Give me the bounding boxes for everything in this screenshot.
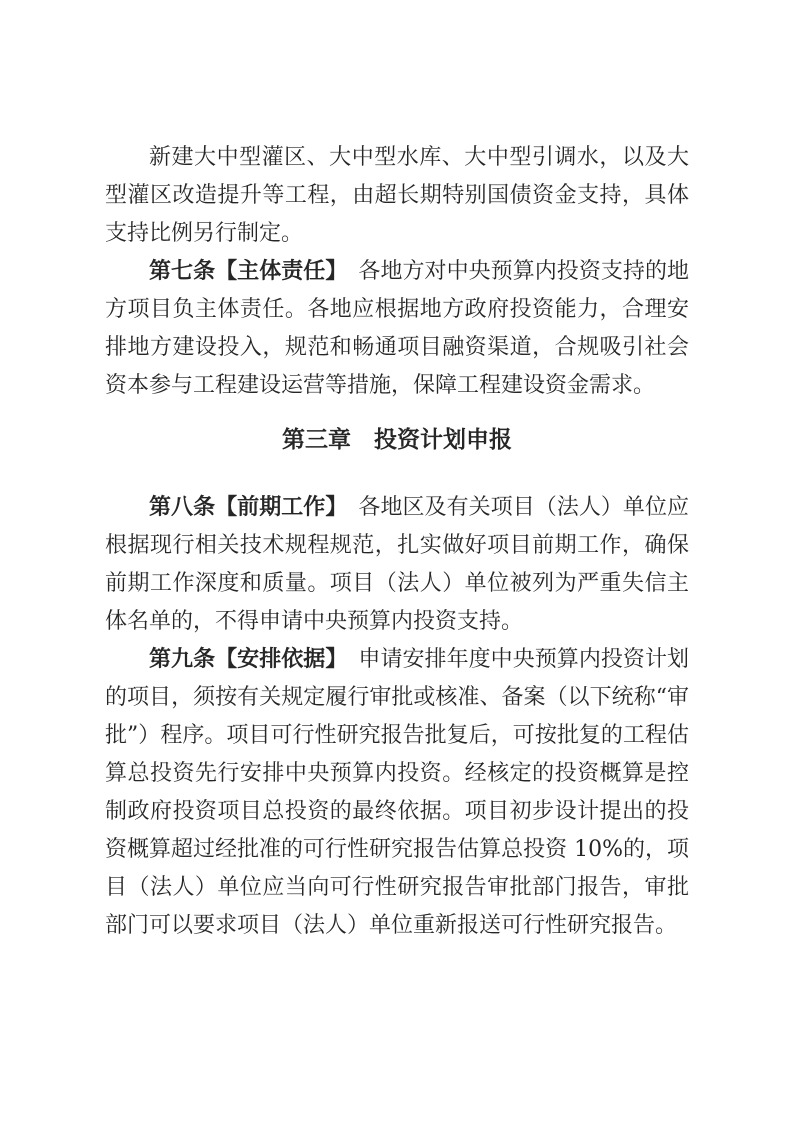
chapter-3-heading: 第三章 投资计划申报	[105, 421, 689, 459]
document-page: 新建大中型灌区、大中型水库、大中型引调水，以及大型灌区改造提升等工程，由超长期特…	[0, 0, 794, 1123]
body-paragraph-debt-funding: 新建大中型灌区、大中型水库、大中型引调水，以及大型灌区改造提升等工程，由超长期特…	[105, 139, 689, 253]
paragraph-text: 新建大中型灌区、大中型水库、大中型引调水，以及大型灌区改造提升等工程，由超长期特…	[105, 145, 689, 246]
article-9-paragraph: 第九条【安排依据】 申请安排年度中央预算内投资计划的项目，须按有关规定履行审批或…	[105, 641, 689, 945]
article-7-title: 第七条【主体责任】	[149, 259, 336, 284]
article-9-title: 第九条【安排依据】	[149, 647, 336, 672]
article-7-paragraph: 第七条【主体责任】 各地方对中央预算内投资支持的地方项目负主体责任。各地应根据地…	[105, 253, 689, 405]
article-8-title: 第八条【前期工作】	[149, 495, 336, 520]
article-8-paragraph: 第八条【前期工作】 各地区及有关项目（法人）单位应根据现行相关技术规程规范，扎实…	[105, 489, 689, 641]
article-9-text: 申请安排年度中央预算内投资计划的项目，须按有关规定履行审批或核准、备案（以下统称…	[105, 647, 689, 938]
